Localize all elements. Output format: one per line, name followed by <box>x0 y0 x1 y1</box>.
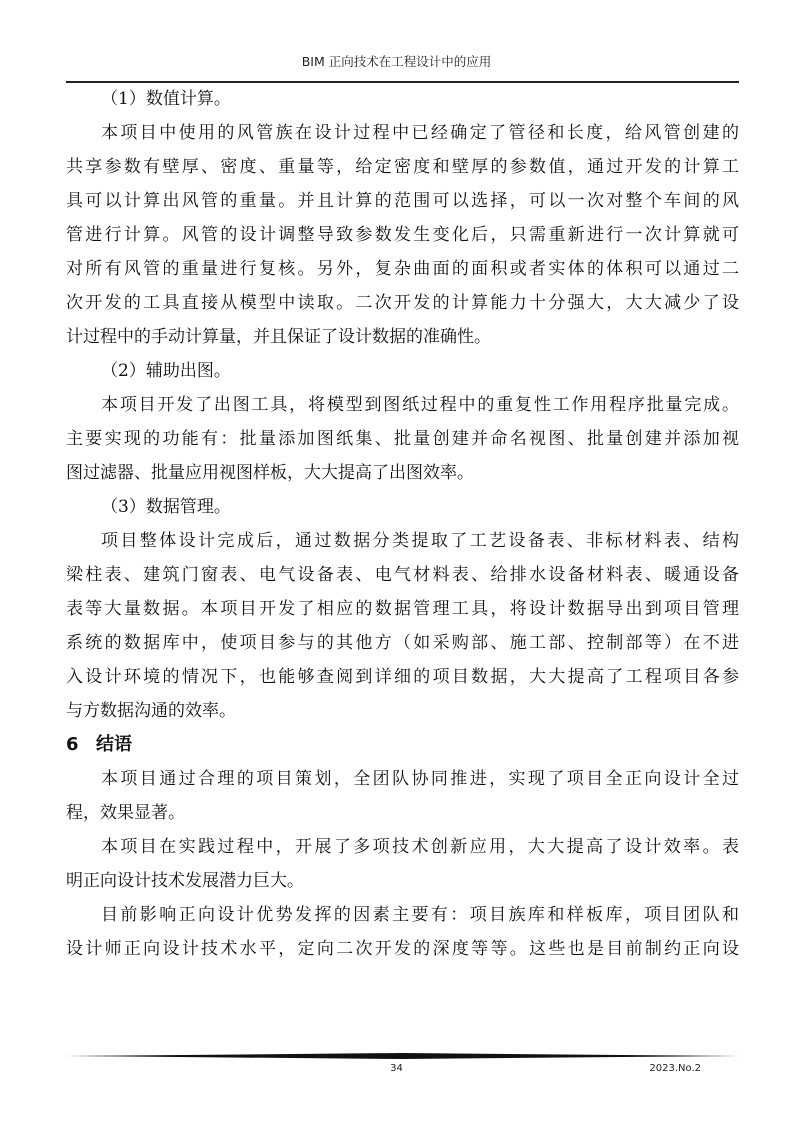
text-line: 共享参数有壁厚、密度、重量等，给定密度和壁厚的参数值，通过开发的计算工 <box>66 150 739 184</box>
paragraph-drawing-assist: 本项目开发了出图工具，将模型到图纸过程中的重复性工作用程序批量完成。 主要实现的… <box>66 388 739 490</box>
paragraph-data-management: 项目整体设计完成后，通过数据分类提取了工艺设备表、非标材料表、结构 梁柱表、建筑… <box>66 524 739 728</box>
text-line: 本项目通过合理的项目策划，全团队协同推进，实现了项目全正向设计全过 <box>66 762 739 796</box>
text-line: 具可以计算出风管的重量。并且计算的范围可以选择，可以一次对整个车间的风 <box>66 184 739 218</box>
text-line: 表等大量数据。本项目开发了相应的数据管理工具，将设计数据导出到项目管理 <box>66 592 739 626</box>
text-line: 明正向设计技术发展潜力巨大。 <box>66 864 739 898</box>
text-line: 程，效果显著。 <box>66 796 739 830</box>
text-line: 管进行计算。风管的设计调整导致参数发生变化后，只需重新进行一次计算就可 <box>66 218 739 252</box>
text-line: 图过滤器、批量应用视图样板，大大提高了出图效率。 <box>66 456 739 490</box>
text-line: 计过程中的手动计算量，并且保证了设计数据的准确性。 <box>66 320 739 354</box>
section-title: 结语 <box>96 734 132 755</box>
text-line: 本项目中使用的风管族在设计过程中已经确定了管径和长度，给风管创建的 <box>66 116 739 150</box>
text-line: 对所有风管的重量进行复核。另外，复杂曲面的面积或者实体的体积可以通过二 <box>66 252 739 286</box>
text-line: 本项目在实践过程中，开展了多项技术创新应用，大大提高了设计效率。表 <box>66 830 739 864</box>
issue-label: 2023.No.2 <box>649 1063 701 1074</box>
text-line: 项目整体设计完成后，通过数据分类提取了工艺设备表、非标材料表、结构 <box>66 524 739 558</box>
text-line: 设计师正向设计技术水平，定向二次开发的深度等等。这些也是目前制约正向设 <box>66 932 739 966</box>
subsection-title-numeric-calculation: （1）数值计算。 <box>66 82 739 116</box>
journal-header-title: BIM 正向技术在工程设计中的应用 <box>0 52 793 70</box>
text-line: 本项目开发了出图工具，将模型到图纸过程中的重复性工作用程序批量完成。 <box>66 388 739 422</box>
text-line: 系统的数据库中，使项目参与的其他方（如采购部、施工部、控制部等）在不进 <box>66 626 739 660</box>
text-line: 主要实现的功能有：批量添加图纸集、批量创建并命名视图、批量创建并添加视 <box>66 422 739 456</box>
paragraph-conclusion-2: 本项目在实践过程中，开展了多项技术创新应用，大大提高了设计效率。表 明正向设计技… <box>66 830 739 898</box>
paragraph-numeric-calculation: 本项目中使用的风管族在设计过程中已经确定了管径和长度，给风管创建的 共享参数有壁… <box>66 116 739 354</box>
footer-divider <box>66 1053 739 1059</box>
subsection-title-drawing-assist: （2）辅助出图。 <box>66 354 739 388</box>
subsection-title-data-management: （3）数据管理。 <box>66 490 739 524</box>
paragraph-conclusion-3: 目前影响正向设计优势发挥的因素主要有：项目族库和样板库，项目团队和 设计师正向设… <box>66 898 739 966</box>
page-body: （1）数值计算。 本项目中使用的风管族在设计过程中已经确定了管径和长度，给风管创… <box>66 82 739 966</box>
section-heading-conclusion: 6结语 <box>66 728 739 762</box>
text-line: 与方数据沟通的效率。 <box>66 694 739 728</box>
text-line: 目前影响正向设计优势发挥的因素主要有：项目族库和样板库，项目团队和 <box>66 898 739 932</box>
text-line: 入设计环境的情况下，也能够查阅到详细的项目数据，大大提高了工程项目各参 <box>66 660 739 694</box>
text-line: 梁柱表、建筑门窗表、电气设备表、电气材料表、给排水设备材料表、暖通设备 <box>66 558 739 592</box>
paragraph-conclusion-1: 本项目通过合理的项目策划，全团队协同推进，实现了项目全正向设计全过 程，效果显著… <box>66 762 739 830</box>
section-number: 6 <box>66 728 96 762</box>
text-line: 次开发的工具直接从模型中读取。二次开发的计算能力十分强大，大大减少了设 <box>66 286 739 320</box>
